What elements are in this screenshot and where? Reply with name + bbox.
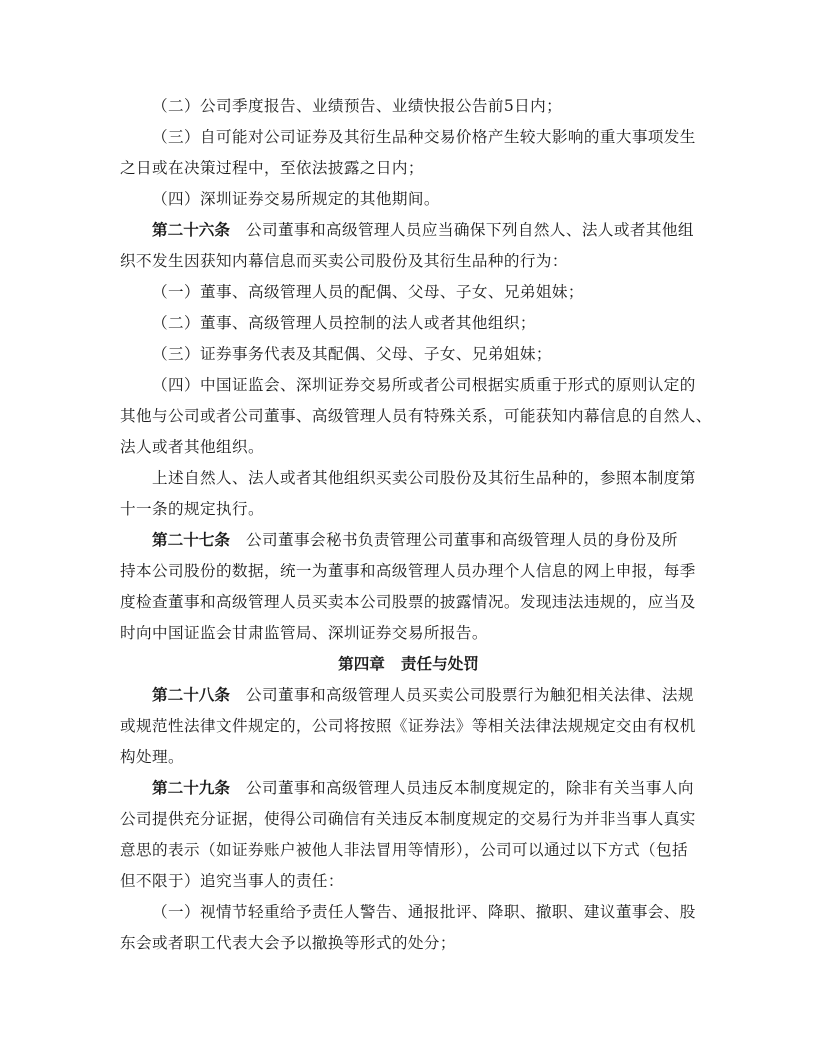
document-page: （二）公司季度报告、业绩预告、业绩快报公告前5日内； （三）自可能对公司证券及其…	[120, 91, 697, 959]
text-line: 上述自然人、法人或者其他组织买卖公司股份及其衍生品种的，参照本制度第	[120, 463, 697, 494]
text-line: 时向中国证监会甘肃监管局、深圳证券交易所报告。	[120, 618, 697, 649]
chapter-heading: 第四章责任与处罚	[120, 649, 697, 680]
list-item: （三）证券事务代表及其配偶、父母、子女、兄弟姐妹；	[120, 339, 697, 370]
text-line: 东会或者职工代表大会予以撤换等形式的处分；	[120, 928, 697, 959]
text-line: 之日或在决策过程中，至依法披露之日内；	[120, 153, 697, 184]
text-line: （二）公司季度报告、业绩预告、业绩快报公告前5日内；	[120, 91, 697, 122]
list-item: （二）公司季度报告、业绩预告、业绩快报公告前5日内；	[120, 91, 697, 122]
text-line: 持本公司股份的数据，统一为董事和高级管理人员办理个人信息的网上申报，每季	[120, 556, 697, 587]
article-text: 公司董事和高级管理人员买卖公司股票行为触犯相关法律、法规	[246, 686, 694, 704]
text-line: 或规范性法律文件规定的，公司将按照《证券法》等相关法律法规规定交由有权机	[120, 711, 697, 742]
article-29: 第二十九条公司董事和高级管理人员违反本制度规定的，除非有关当事人向 公司提供充分…	[120, 773, 697, 897]
article-26: 第二十六条公司董事和高级管理人员应当确保下列自然人、法人或者其他组 织不发生因获…	[120, 215, 697, 277]
list-item: （四）深圳证券交易所规定的其他期间。	[120, 184, 697, 215]
text-line: （四）深圳证券交易所规定的其他期间。	[120, 184, 697, 215]
list-item: （一）视情节轻重给予责任人警告、通报批评、降职、撤职、建议董事会、股 东会或者职…	[120, 897, 697, 959]
chapter-number: 第四章	[338, 655, 385, 673]
article-number: 第二十八条	[152, 686, 230, 704]
text-line: 但不限于）追究当事人的责任：	[120, 866, 697, 897]
article-number: 第二十六条	[152, 221, 230, 239]
text-line: 其他与公司或者公司董事、高级管理人员有特殊关系，可能获知内幕信息的自然人、	[120, 401, 697, 432]
article-text: 公司董事和高级管理人员应当确保下列自然人、法人或者其他组	[246, 221, 694, 239]
text-line: （一）视情节轻重给予责任人警告、通报批评、降职、撤职、建议董事会、股	[120, 897, 697, 928]
text-line: （二）董事、高级管理人员控制的法人或者其他组织；	[120, 308, 697, 339]
article-number: 第二十九条	[152, 779, 230, 797]
article-text: 公司董事会秘书负责管理公司董事和高级管理人员的身份及所	[246, 531, 678, 549]
article-28: 第二十八条公司董事和高级管理人员买卖公司股票行为触犯相关法律、法规 或规范性法律…	[120, 680, 697, 773]
article-text: 公司董事和高级管理人员违反本制度规定的，除非有关当事人向	[246, 779, 694, 797]
article-number: 第二十七条	[152, 531, 230, 549]
list-item: （四）中国证监会、深圳证券交易所或者公司根据实质重于形式的原则认定的 其他与公司…	[120, 370, 697, 463]
text-line: 十一条的规定执行。	[120, 494, 697, 525]
text-line: 第二十七条公司董事会秘书负责管理公司董事和高级管理人员的身份及所	[120, 525, 697, 556]
text-line: 织不发生因获知内幕信息而买卖公司股份及其衍生品种的行为：	[120, 246, 697, 277]
text-line: 法人或者其他组织。	[120, 432, 697, 463]
article-27: 第二十七条公司董事会秘书负责管理公司董事和高级管理人员的身份及所 持本公司股份的…	[120, 525, 697, 649]
text-line: （三）自可能对公司证券及其衍生品种交易价格产生较大影响的重大事项发生	[120, 122, 697, 153]
text-line: 构处理。	[120, 742, 697, 773]
text-line: （三）证券事务代表及其配偶、父母、子女、兄弟姐妹；	[120, 339, 697, 370]
text-line: （四）中国证监会、深圳证券交易所或者公司根据实质重于形式的原则认定的	[120, 370, 697, 401]
text-line: 度检查董事和高级管理人员买卖本公司股票的披露情况。发现违法违规的，应当及	[120, 587, 697, 618]
text-line: 第二十九条公司董事和高级管理人员违反本制度规定的，除非有关当事人向	[120, 773, 697, 804]
list-item: （二）董事、高级管理人员控制的法人或者其他组织；	[120, 308, 697, 339]
text-line: 第二十八条公司董事和高级管理人员买卖公司股票行为触犯相关法律、法规	[120, 680, 697, 711]
list-item: （三）自可能对公司证券及其衍生品种交易价格产生较大影响的重大事项发生 之日或在决…	[120, 122, 697, 184]
text-line: （一）董事、高级管理人员的配偶、父母、子女、兄弟姐妹；	[120, 277, 697, 308]
list-item: （一）董事、高级管理人员的配偶、父母、子女、兄弟姐妹；	[120, 277, 697, 308]
paragraph: 上述自然人、法人或者其他组织买卖公司股份及其衍生品种的，参照本制度第 十一条的规…	[120, 463, 697, 525]
text-line: 意思的表示（如证券账户被他人非法冒用等情形），公司可以通过以下方式（包括	[120, 835, 697, 866]
text-line: 第二十六条公司董事和高级管理人员应当确保下列自然人、法人或者其他组	[120, 215, 697, 246]
text-line: 公司提供充分证据，使得公司确信有关违反本制度规定的交易行为并非当事人真实	[120, 804, 697, 835]
chapter-title: 责任与处罚	[401, 655, 479, 673]
